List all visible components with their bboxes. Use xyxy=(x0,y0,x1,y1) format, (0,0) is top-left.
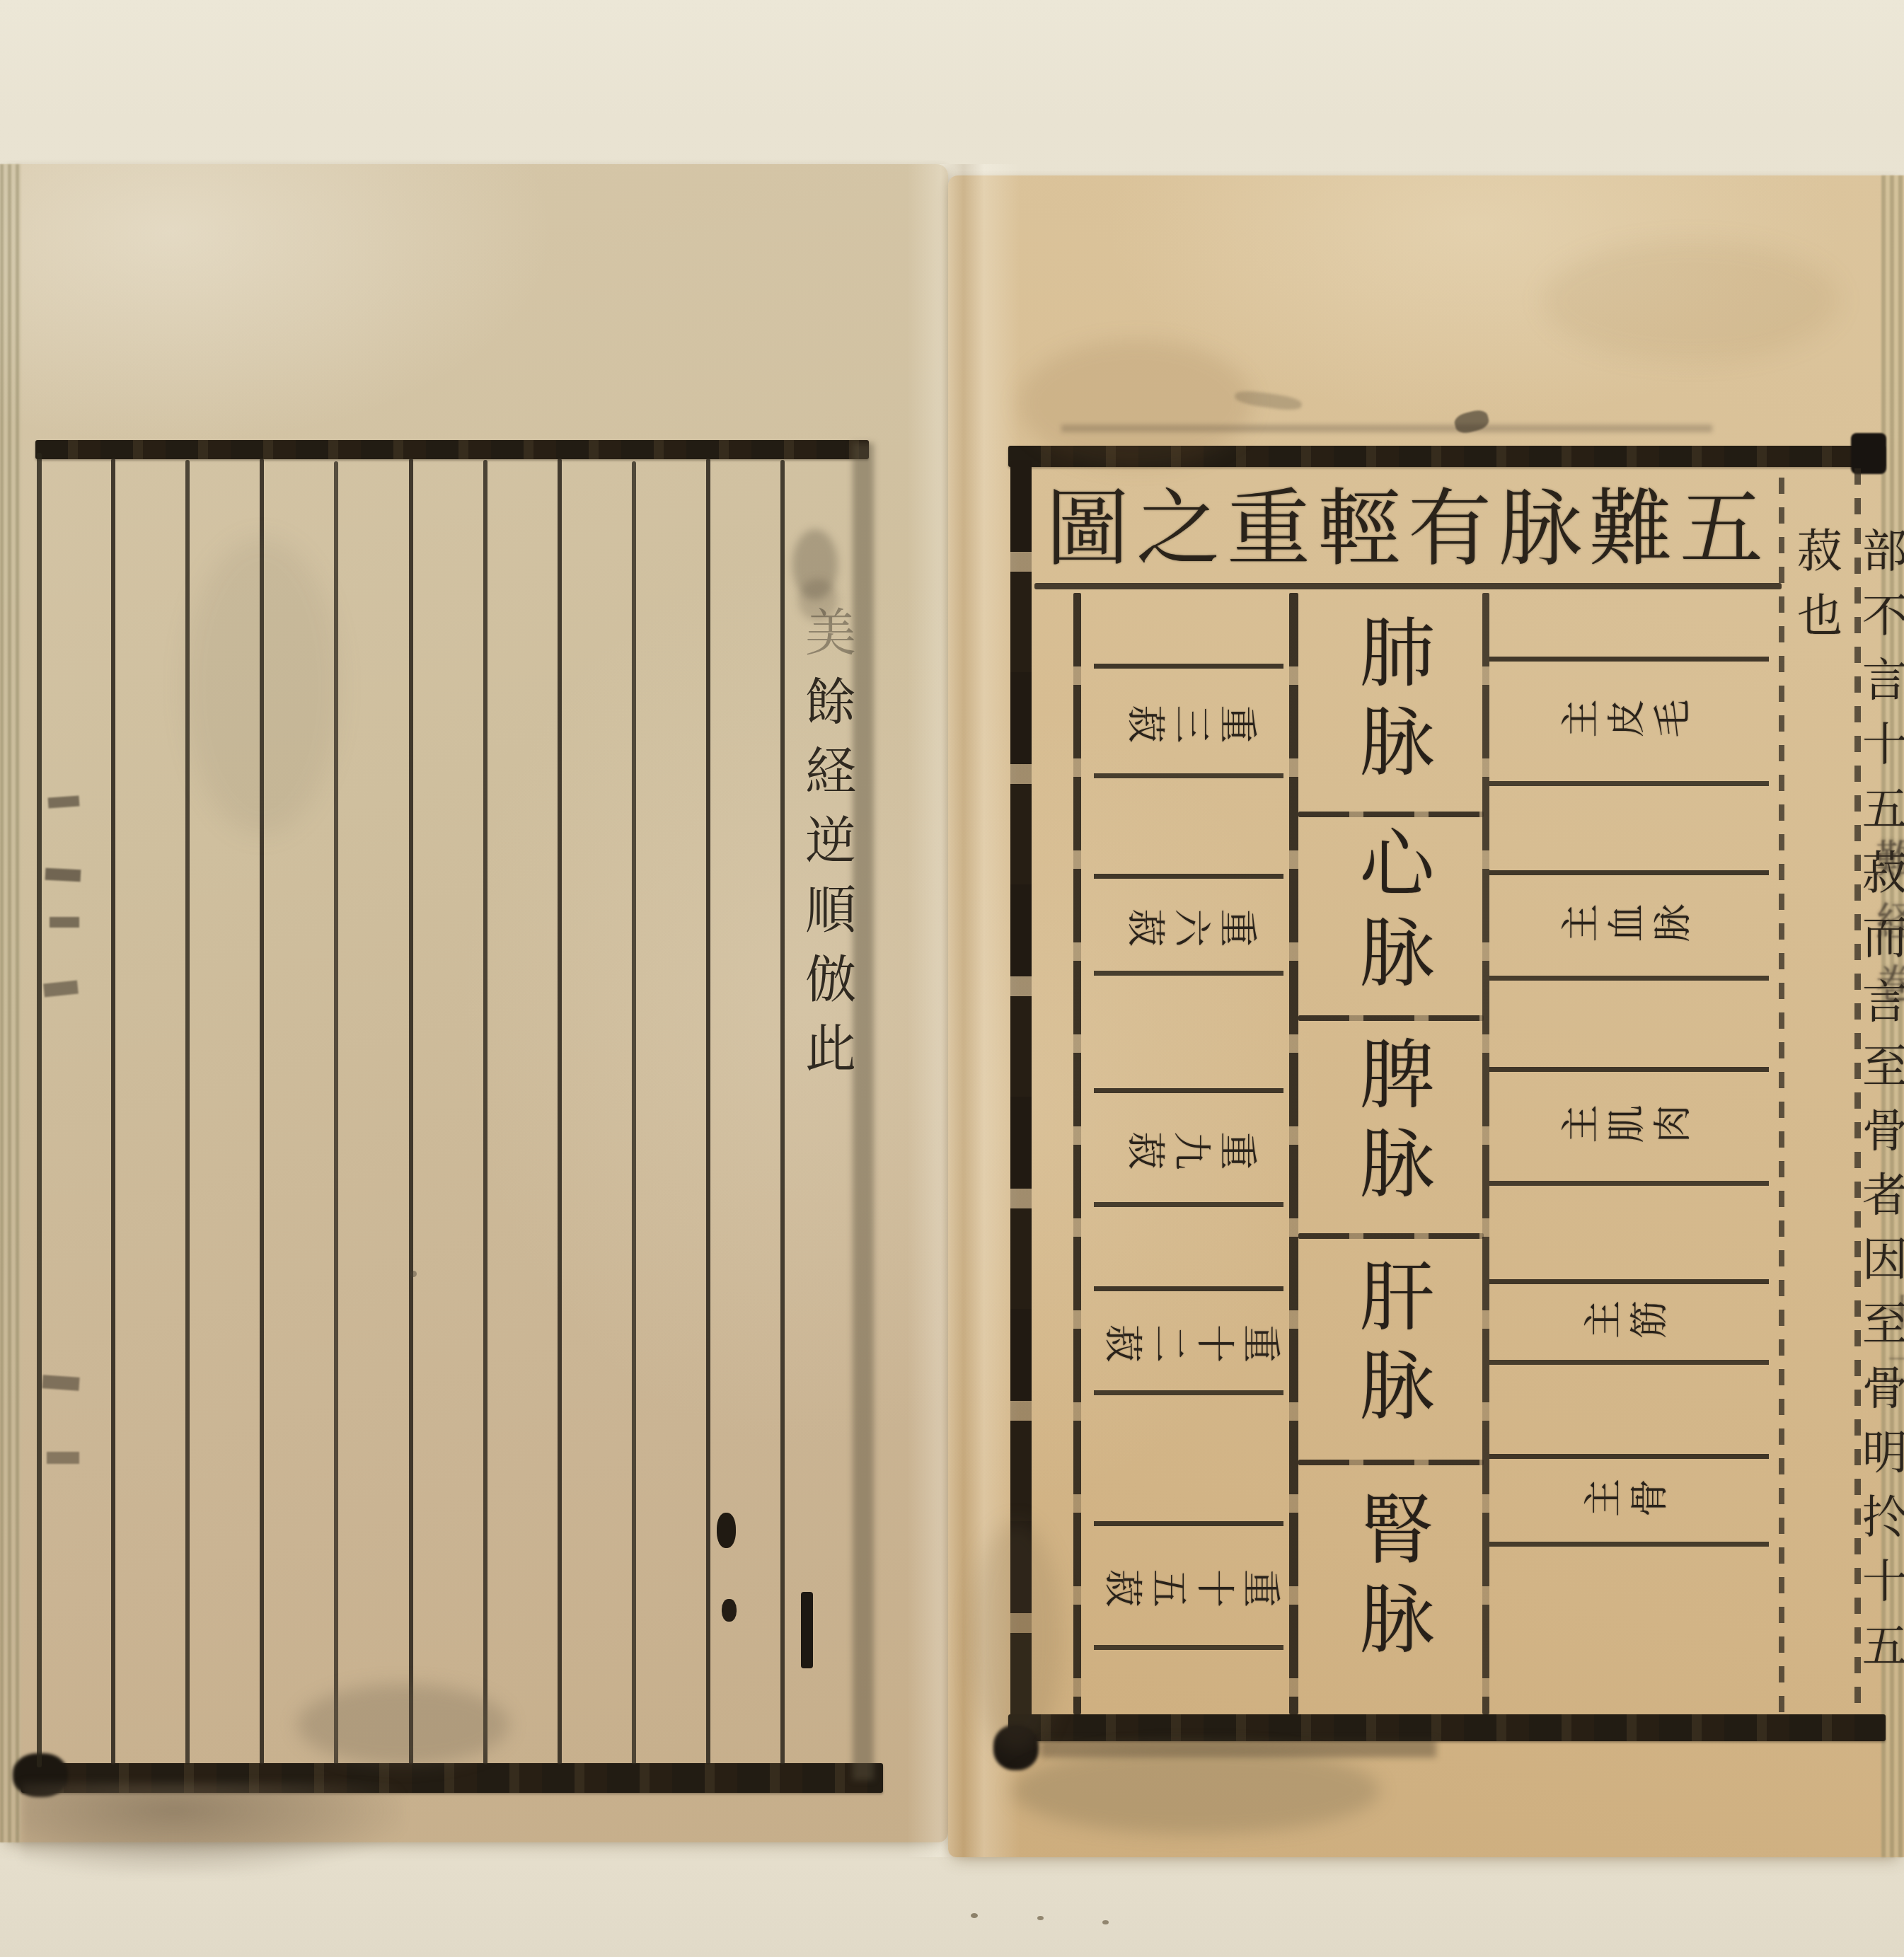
left-page-fold-edge xyxy=(0,164,21,1842)
handwritten-note-faint-text: 美 xyxy=(797,606,856,675)
ink-speck xyxy=(1102,1920,1109,1924)
right-page-leaf xyxy=(948,175,1904,1857)
handwritten-note-column: 美餘経逆順倣此 xyxy=(783,529,850,1166)
handwritten-note-text: 餘経逆順倣此 xyxy=(797,675,856,1091)
right-page-fold-edge xyxy=(1881,175,1904,1857)
ink-speck xyxy=(971,1913,978,1918)
handwritten-note: 美餘経逆順倣此 xyxy=(790,606,863,1091)
ink-speck xyxy=(1037,1916,1044,1920)
